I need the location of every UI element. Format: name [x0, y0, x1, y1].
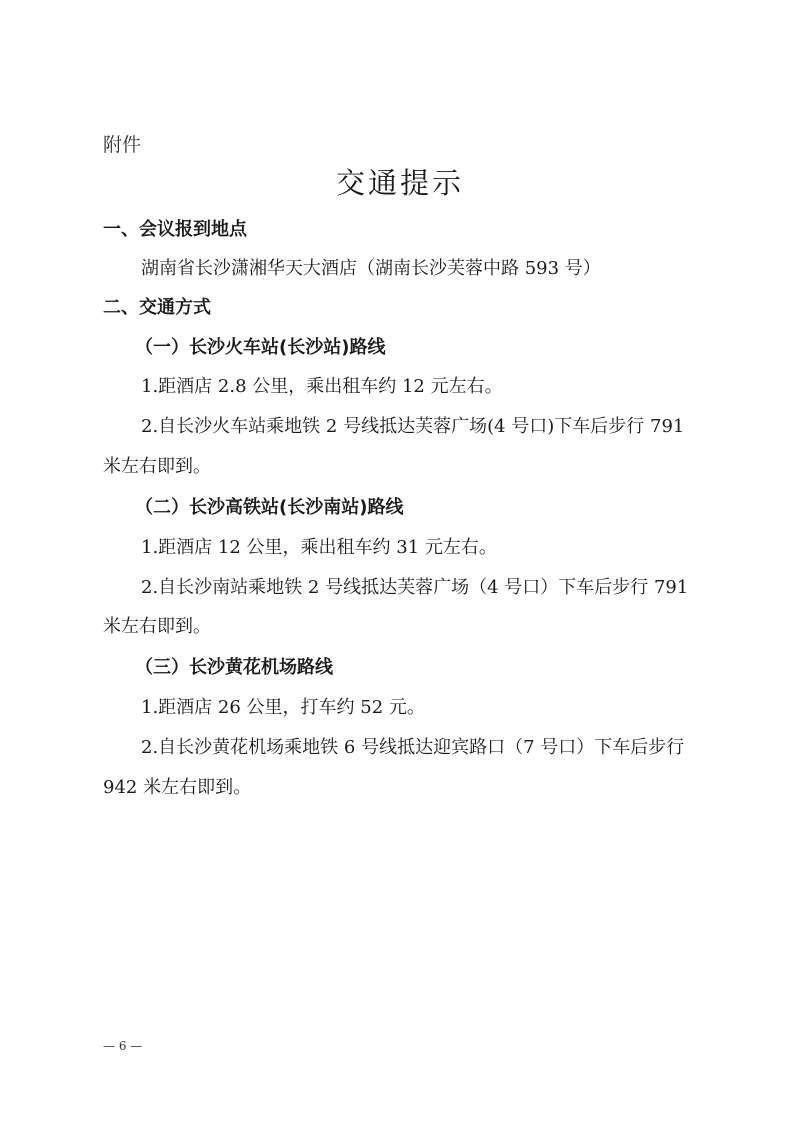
route-2-item-1: 1.距酒店 12 公里，乘出租车约 31 元左右。 — [141, 536, 497, 560]
route-1-item-2: 2.自长沙火车站乘地铁 2 号线抵达芙蓉广场(4 号口)下车后步行 791 — [141, 415, 684, 439]
attachment-label: 附件 — [103, 133, 141, 157]
route-2-heading: （二）长沙高铁站(长沙南站)路线 — [135, 496, 403, 520]
route-1-item-1: 1.距酒店 2.8 公里，乘出租车约 12 元左右。 — [141, 375, 503, 399]
route-1-item-2-cont: 米左右即到。 — [103, 455, 211, 479]
document-title: 交通提示 — [0, 165, 800, 201]
route-3-item-2-cont: 942 米左右即到。 — [103, 776, 251, 800]
route-1-heading: （一）长沙火车站(长沙站)路线 — [135, 336, 385, 360]
route-3-heading: （三）长沙黄花机场路线 — [135, 656, 333, 680]
route-3-item-1: 1.距酒店 26 公里，打车约 52 元。 — [141, 696, 425, 720]
page-number: — 6 — — [103, 1034, 142, 1058]
route-2-item-2: 2.自长沙南站乘地铁 2 号线抵达芙蓉广场（4 号口）下车后步行 791 — [141, 576, 688, 600]
section2-heading: 二、交通方式 — [103, 296, 211, 320]
route-3-item-2: 2.自长沙黄花机场乘地铁 6 号线抵达迎宾路口（7 号口）下车后步行 — [141, 736, 684, 760]
route-2-item-2-cont: 米左右即到。 — [103, 615, 211, 639]
section1-heading: 一、会议报到地点 — [103, 218, 247, 242]
meeting-address: 湖南省长沙潇湘华天大酒店（湖南长沙芙蓉中路 593 号） — [141, 257, 601, 281]
